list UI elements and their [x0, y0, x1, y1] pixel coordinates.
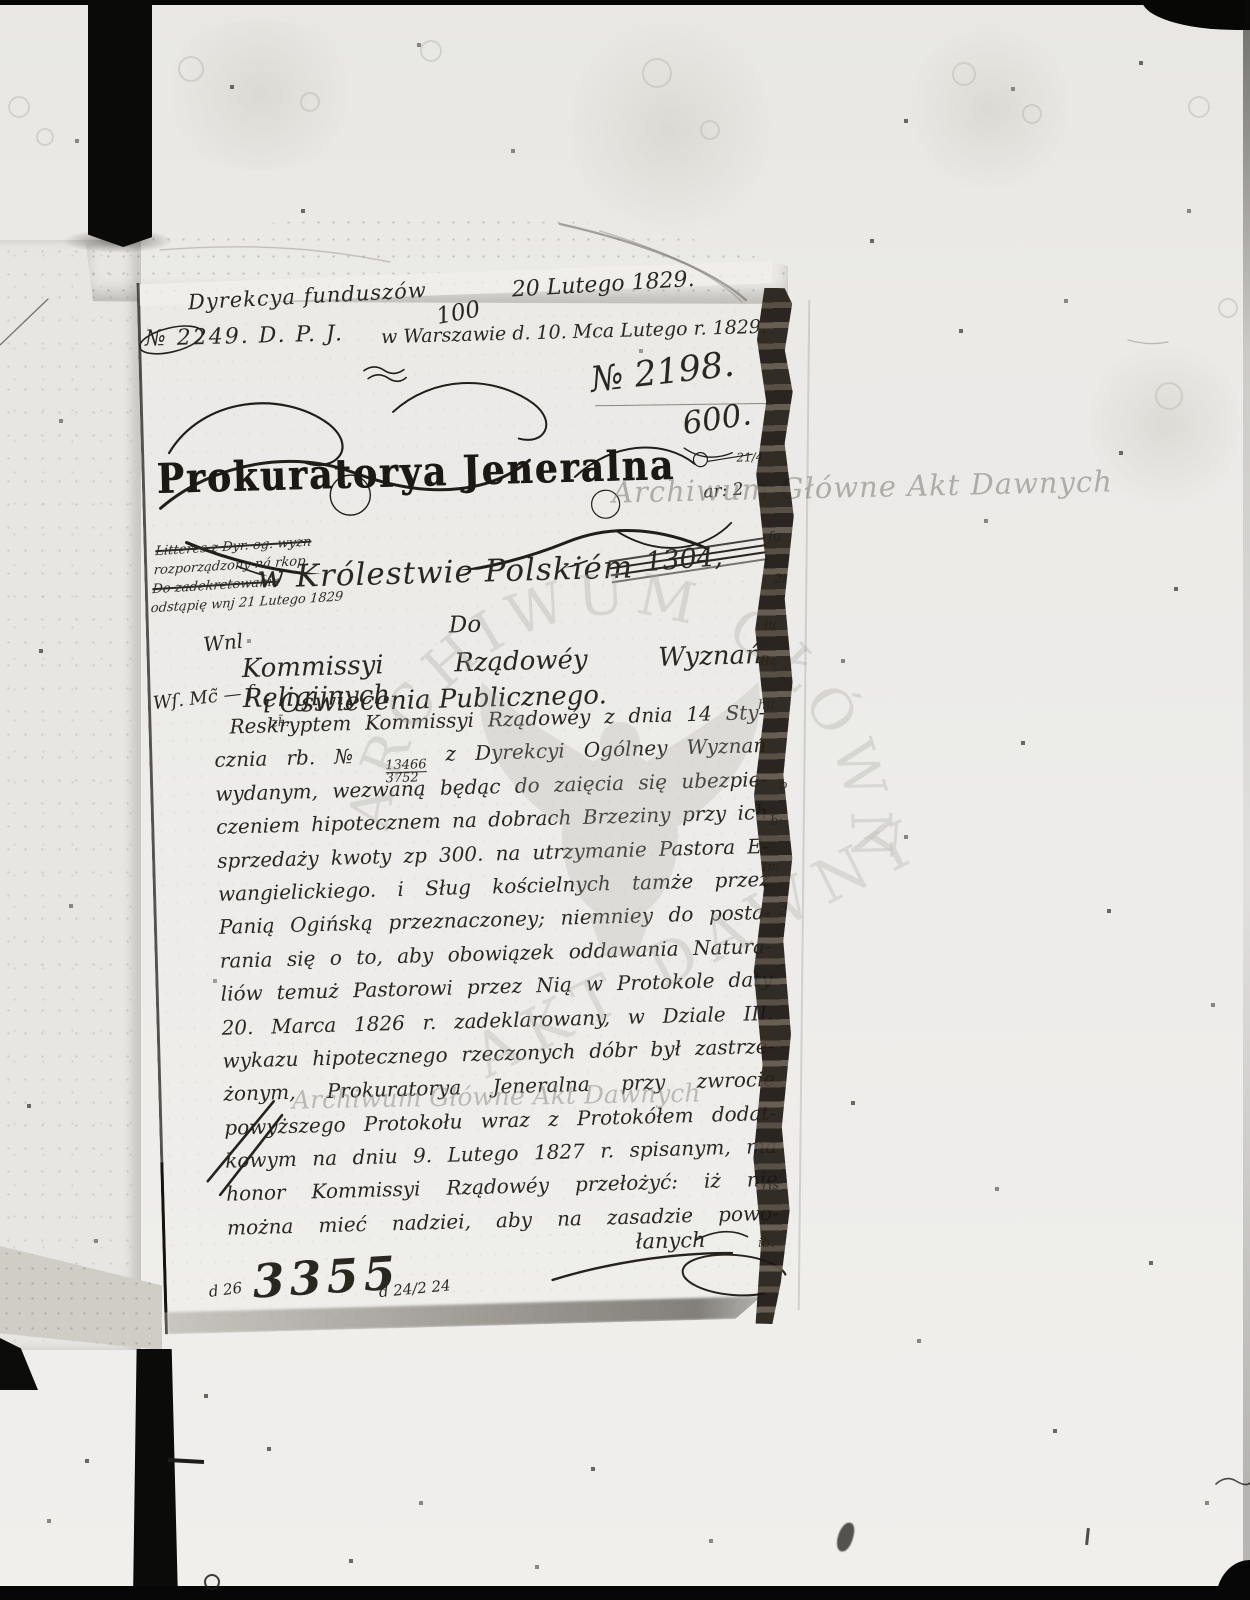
small-circle-mark — [204, 1574, 220, 1590]
scratch-marks — [0, 0, 1250, 1600]
archival-photo-scan: Dyrekcya funduszów 20 Lutego 1829. № 224… — [0, 0, 1250, 1600]
dust-specks — [0, 0, 2, 2]
